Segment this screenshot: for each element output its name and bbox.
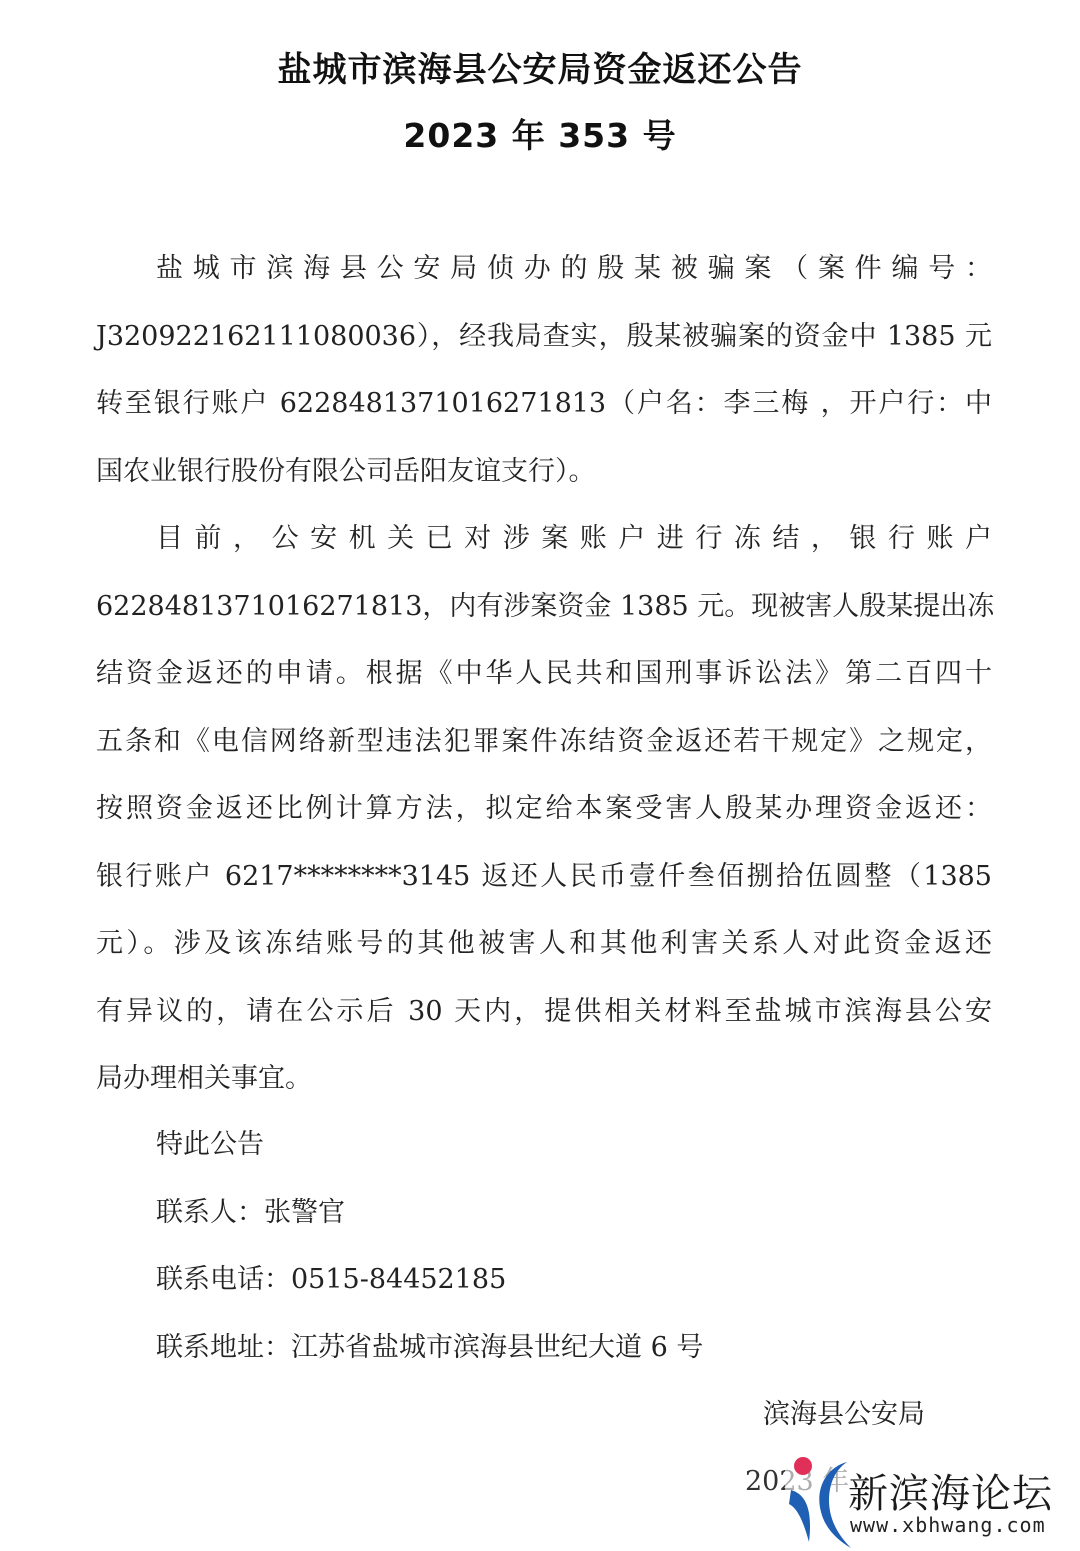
text-line: 结资金返还的申请。根据《中华人民共和国刑事诉讼法》第二百四十	[96, 640, 992, 708]
document-number: 2023 年 353 号	[0, 110, 1080, 157]
forum-logo-icon	[785, 1450, 855, 1550]
contact-person: 联系人：张警官	[156, 1193, 345, 1233]
text-line: 五条和《电信网络新型违法犯罪案件冻结资金返还若干规定》之规定，	[96, 708, 992, 776]
closing-statement: 特此公告	[156, 1125, 264, 1165]
forum-url: www.xbhwang.com	[850, 1513, 1046, 1537]
text-line: 目前，公安机关已对涉案账户进行冻结，银行账户	[96, 505, 992, 573]
text-line: 盐城市滨海县公安局侦办的殷某被骗案（案件编号：	[96, 235, 992, 303]
text-line: 元）。涉及该冻结账号的其他被害人和其他利害关系人对此资金返还	[96, 910, 992, 978]
text-line: 按照资金返还比例计算方法，拟定给本案受害人殷某办理资金返还：	[96, 775, 992, 843]
text-line: 国农业银行股份有限公司岳阳友谊支行）。	[96, 438, 992, 506]
site-watermark: 新滨海论坛 www.xbhwang.com	[780, 1450, 1080, 1551]
signature-authority: 滨海县公安局	[763, 1395, 925, 1435]
text-line: 局办理相关事宜。	[96, 1045, 992, 1113]
text-line: 有异议的，请在公示后 30 天内，提供相关材料至盐城市滨海县公安	[96, 978, 992, 1046]
page-title: 盐城市滨海县公安局资金返还公告	[0, 42, 1080, 91]
forum-name: 新滨海论坛	[848, 1462, 1053, 1519]
text-line: 银行账户 6217********3145 返还人民币壹仟叁佰捌拾伍圆整（138…	[96, 843, 992, 911]
text-line: 6228481371016271813，内有涉案资金 1385 元。现被害人殷某…	[96, 573, 992, 641]
contact-phone: 联系电话：0515-84452185	[156, 1260, 506, 1300]
paragraph-refund-details: 目前，公安机关已对涉案账户进行冻结，银行账户 62284813710162718…	[96, 505, 992, 1113]
text-line: J320922162111080036），经我局查实，殷某被骗案的资金中 138…	[96, 303, 992, 371]
paragraph-case-details: 盐城市滨海县公安局侦办的殷某被骗案（案件编号： J320922162111080…	[96, 235, 992, 505]
contact-address: 联系地址：江苏省盐城市滨海县世纪大道 6 号	[156, 1328, 703, 1368]
text-line: 转至银行账户 6228481371016271813（户名：李三梅 ，开户行：中	[96, 370, 992, 438]
